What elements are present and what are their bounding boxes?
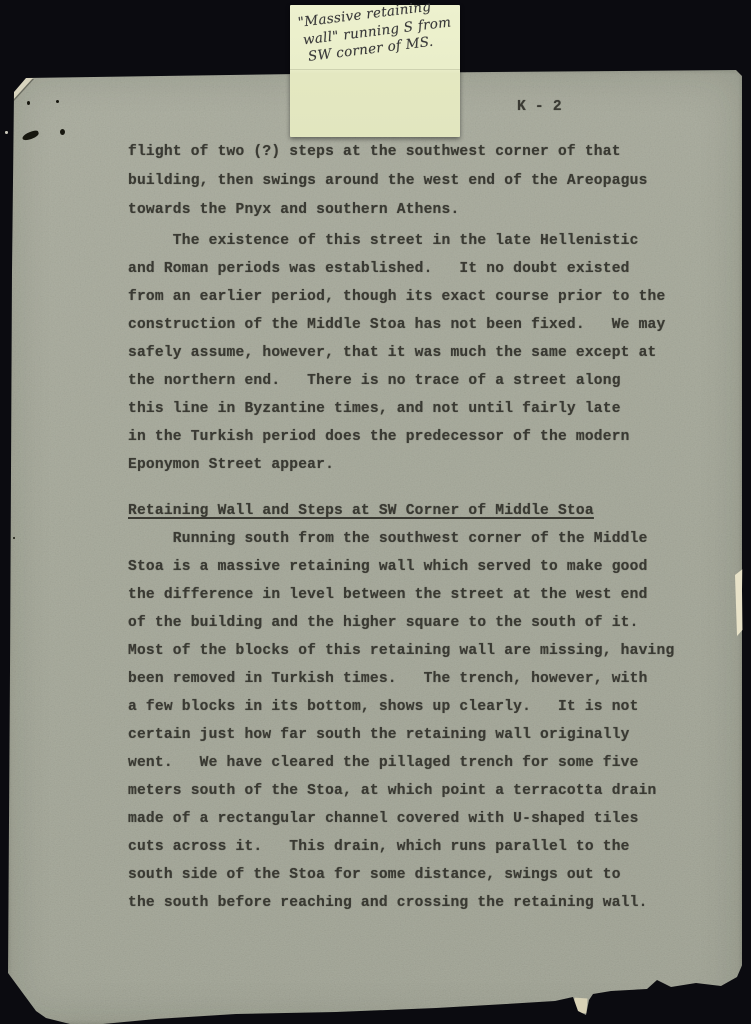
text-line: Running south from the southwest corner …	[128, 525, 674, 553]
text-line: from an earlier period, though its exact…	[128, 283, 665, 311]
text-line: towards the Pnyx and southern Athens.	[128, 196, 648, 225]
text-line: meters south of the Stoa, at which point…	[128, 777, 674, 805]
torn-tab-bottom	[573, 998, 587, 1014]
paragraph-retaining-wall: Running south from the southwest corner …	[128, 525, 674, 917]
folded-corner-top-left	[13, 78, 33, 100]
text-line: flight of two (?) steps at the southwest…	[128, 138, 648, 167]
text-line: of the building and the higher square to…	[128, 609, 674, 637]
paragraph-street-course: flight of two (?) steps at the southwest…	[128, 138, 648, 225]
handwritten-annotation: "Massive retaining wall" running S from …	[297, 0, 462, 67]
note-paper-edge-shadow	[290, 69, 460, 70]
text-line: certain just how far south the retaining…	[128, 721, 674, 749]
text-line: Eponymon Street appear.	[128, 451, 665, 479]
text-line: building, then swings around the west en…	[128, 167, 648, 196]
paragraph-street-existence: The existence of this street in the late…	[128, 227, 665, 479]
text-line: in the Turkish period does the predecess…	[128, 423, 665, 451]
text-line: the south before reaching and crossing t…	[128, 889, 674, 917]
text-line: The existence of this street in the late…	[128, 227, 665, 255]
text-line: construction of the Middle Stoa has not …	[128, 311, 665, 339]
text-line: been removed in Turkish times. The trenc…	[128, 665, 674, 693]
text-line: the northern end. There is no trace of a…	[128, 367, 665, 395]
text-line: south side of the Stoa for some distance…	[128, 861, 674, 889]
text-line: Stoa is a massive retaining wall which s…	[128, 553, 674, 581]
text-line: cuts across it. This drain, which runs p…	[128, 833, 674, 861]
paper-hole	[60, 129, 65, 135]
paper-speck	[56, 100, 59, 103]
text-line: and Roman periods was established. It no…	[128, 255, 665, 283]
text-line: safely assume, however, that it was much…	[128, 339, 665, 367]
text-line: Most of the blocks of this retaining wal…	[128, 637, 674, 665]
page-number-label: K - 2	[517, 93, 562, 121]
section-heading: Retaining Wall and Steps at SW Corner of…	[128, 497, 594, 525]
mount-speck	[5, 131, 8, 134]
sticky-note: "Massive retaining wall" running S from …	[290, 5, 460, 137]
paper-speck	[27, 101, 30, 105]
text-line: went. We have cleared the pillaged trenc…	[128, 749, 674, 777]
scanned-document-page: K - 2 flight of two (?) steps at the sou…	[0, 0, 751, 1024]
text-line: the difference in level between the stre…	[128, 581, 674, 609]
text-line: this line in Byzantine times, and not un…	[128, 395, 665, 423]
paper-speck	[13, 537, 15, 539]
text-line: made of a rectangular channel covered wi…	[128, 805, 674, 833]
text-line: a few blocks in its bottom, shows up cle…	[128, 693, 674, 721]
